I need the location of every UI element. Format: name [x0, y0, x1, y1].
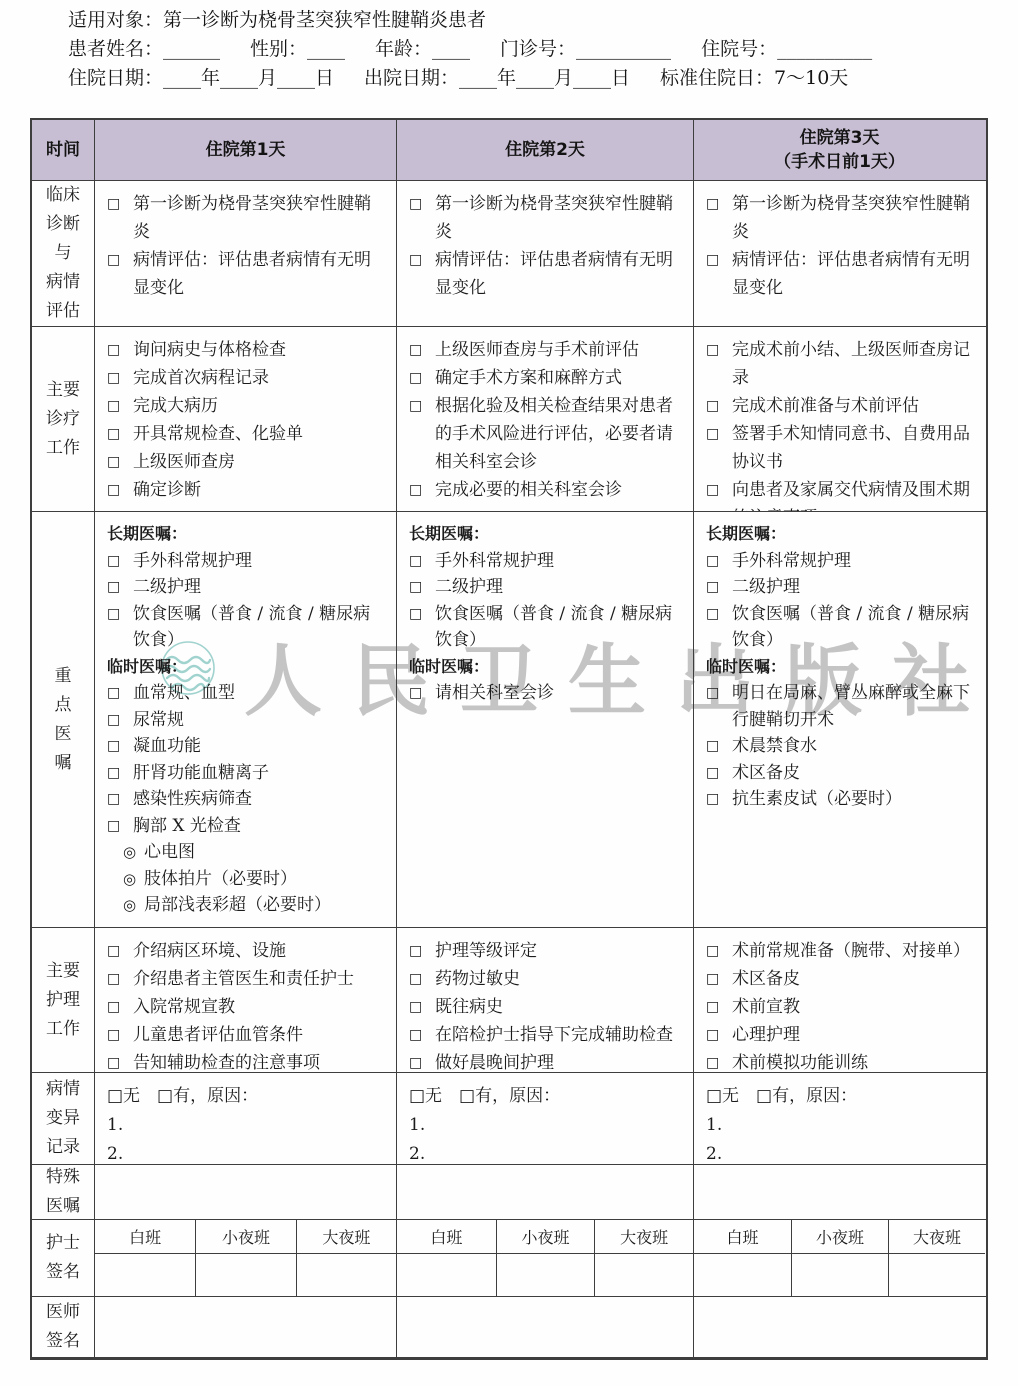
checkbox-icon: □ [107, 680, 133, 707]
shift-label-0: 白班 [397, 1220, 496, 1254]
document-header: 适用对象：第一诊断为桡骨茎突狭窄性腱鞘炎患者 患者姓名：______性别：___… [68, 6, 968, 93]
text-line: 1. [107, 1111, 386, 1140]
cell-variation-record-day2: □无 □有，原因：1.2. [396, 1073, 693, 1164]
shift-label-1: 小夜班 [496, 1220, 595, 1254]
checkbox-icon: □ [706, 993, 732, 1021]
cell-treatment-work-day3: □完成术前小结、上级医师查房记录□完成术前准备与术前评估□签署手术知情同意书、自… [693, 327, 985, 511]
checklist-item: □术区备皮 [706, 760, 975, 787]
checkbox-icon: □ [107, 1049, 133, 1072]
checklist-item: □请相关科室会诊 [409, 680, 683, 707]
checklist-item: □向患者及家属交代病情及围术期的注意事项 [706, 476, 975, 511]
checkbox-icon: □ [706, 246, 732, 302]
table-row-treatment-work: 主要诊疗工作□询问病史与体格检查□完成首次病程记录□完成大病历□开具常规检查、化… [32, 326, 986, 511]
checklist-item: □手外科常规护理 [706, 548, 975, 575]
nurse-signature-cell-0 [95, 1254, 195, 1296]
row-label-nursing-work: 主要护理工作 [32, 928, 94, 1072]
text-line: 1. [706, 1111, 975, 1140]
checklist-item: □饮食医嘱（普食 / 流食 / 糖尿病饮食） [706, 601, 975, 654]
cell-doctor-signature-day3 [693, 1297, 985, 1357]
nurse-signature-cell-1 [791, 1254, 888, 1296]
checkbox-icon: □ [706, 548, 732, 575]
checklist-item: □上级医师查房与手术前评估 [409, 336, 683, 364]
checkbox-icon: □ [107, 813, 133, 840]
checkbox-icon: □ [107, 364, 133, 392]
checklist-item: □签署手术知情同意书、自费用品协议书 [706, 420, 975, 476]
checkbox-icon: □ [706, 680, 732, 733]
text-line: 2. [409, 1140, 683, 1164]
patient-field-2: 年龄：____ [375, 35, 470, 64]
checkbox-icon: □ [706, 420, 732, 476]
checkbox-icon: □ [107, 246, 133, 302]
checkbox-icon: □ [107, 448, 133, 476]
checkbox-icon: □ [409, 336, 435, 364]
col-header-day3: 住院第3天（手术日前1天） [693, 120, 985, 180]
checkbox-icon: □ [706, 733, 732, 760]
nurse-signature-cell-1 [496, 1254, 595, 1296]
row-label-diagnosis-assessment: 临床诊断与病情评估 [32, 181, 94, 326]
cell-special-orders-day2 [396, 1165, 693, 1219]
checkbox-icon: □ [107, 574, 133, 601]
checklist-item: □告知辅助检查的注意事项 [107, 1049, 386, 1072]
shift-label-0: 白班 [95, 1220, 195, 1254]
checklist-item: □完成术前小结、上级医师查房记录 [706, 336, 975, 392]
checkbox-icon: □ [107, 760, 133, 787]
cell-treatment-work-day2: □上级医师查房与手术前评估□确定手术方案和麻醉方式□根据化验及相关检查结果对患者… [396, 327, 693, 511]
text-line: 1. [409, 1111, 683, 1140]
cell-diagnosis-assessment-day1: □第一诊断为桡骨茎突狭窄性腱鞘炎□病情评估：评估患者病情有无明显变化 [94, 181, 396, 326]
checklist-item: □开具常规检查、化验单 [107, 420, 386, 448]
patient-field-1: 性别：____ [250, 35, 345, 64]
cell-nurse-signature-day1: 白班小夜班大夜班 [94, 1220, 396, 1296]
checklist-item: □明日在局麻、臂丛麻醉或全麻下行腱鞘切开术 [706, 680, 975, 733]
date-info-line: 住院日期：____年____月____日出院日期：____年____月____日… [68, 64, 968, 93]
checkbox-icon: □ [409, 1049, 435, 1072]
checklist-item: □病情评估：评估患者病情有无明显变化 [706, 246, 975, 302]
checklist-item: □肝肾功能血糖离子 [107, 760, 386, 787]
checkbox-icon: □ [409, 601, 435, 654]
checklist-item: □饮食医嘱（普食 / 流食 / 糖尿病饮食） [107, 601, 386, 654]
checkbox-icon: □ [706, 392, 732, 420]
checkbox-icon: □ [107, 190, 133, 246]
table-row-doctor-signature: 医师签名 [32, 1296, 986, 1357]
cell-nurse-signature-day2: 白班小夜班大夜班 [396, 1220, 693, 1296]
cell-nursing-work-day3: □术前常规准备（腕带、对接单）□术区备皮□术前宣教□心理护理□术前模拟功能训练 [693, 928, 985, 1072]
checkbox-icon: □ [706, 760, 732, 787]
checkbox-icon: □ [409, 246, 435, 302]
row-label-variation-record: 病情变异记录 [32, 1073, 94, 1164]
shift-label-0: 白班 [694, 1220, 791, 1254]
checkbox-icon: □ [409, 574, 435, 601]
checkbox-icon: □ [409, 1021, 435, 1049]
table-row-nursing-work: 主要护理工作□介绍病区环境、设施□介绍患者主管医生和责任护士□入院常规宣教□儿童… [32, 927, 986, 1072]
checklist-item: □根据化验及相关检查结果对患者的手术风险进行评估，必要者请相关科室会诊 [409, 392, 683, 476]
checkbox-icon: □ [107, 601, 133, 654]
cell-special-orders-day1 [94, 1165, 396, 1219]
order-heading: 长期医嘱： [706, 521, 975, 548]
cell-variation-record-day1: □无 □有，原因：1.2. [94, 1073, 396, 1164]
cell-doctor-signature-day2 [396, 1297, 693, 1357]
table-row-nurse-signature: 护士签名白班小夜班大夜班白班小夜班大夜班白班小夜班大夜班 [32, 1219, 986, 1296]
cell-nursing-work-day1: □介绍病区环境、设施□介绍患者主管医生和责任护士□入院常规宣教□儿童患者评估血管… [94, 928, 396, 1072]
checkbox-icon: □ [409, 965, 435, 993]
text-line: □无 □有，原因： [409, 1082, 683, 1111]
checklist-item: □二级护理 [706, 574, 975, 601]
double-circle-icon: ◎ [123, 892, 144, 919]
nurse-signature-cell-2 [888, 1254, 985, 1296]
col-header-day2: 住院第2天 [396, 120, 693, 180]
clinical-pathway-table: 时间住院第1天住院第2天住院第3天（手术日前1天）临床诊断与病情评估□第一诊断为… [30, 118, 988, 1360]
checklist-item: □术晨禁食水 [706, 733, 975, 760]
checkbox-icon: □ [107, 392, 133, 420]
patient-field-4: 住院号：__________ [701, 35, 872, 64]
checklist-item: □完成首次病程记录 [107, 364, 386, 392]
row-label-doctor-signature: 医师签名 [32, 1297, 94, 1357]
checkbox-icon: □ [107, 937, 133, 965]
checklist-item: □第一诊断为桡骨茎突狭窄性腱鞘炎 [706, 190, 975, 246]
text-line: 2. [706, 1140, 975, 1164]
checkbox-icon: □ [107, 420, 133, 448]
cell-diagnosis-assessment-day2: □第一诊断为桡骨茎突狭窄性腱鞘炎□病情评估：评估患者病情有无明显变化 [396, 181, 693, 326]
checklist-item: □完成术前准备与术前评估 [706, 392, 975, 420]
checkbox-icon: □ [706, 574, 732, 601]
cell-key-orders-day1: 长期医嘱：□手外科常规护理□二级护理□饮食医嘱（普食 / 流食 / 糖尿病饮食）… [94, 512, 396, 927]
sub-item: ◎局部浅表彩超（必要时） [123, 892, 386, 919]
cell-nurse-signature-day3: 白班小夜班大夜班 [693, 1220, 985, 1296]
checklist-item: □入院常规宣教 [107, 993, 386, 1021]
checklist-item: □二级护理 [409, 574, 683, 601]
checkbox-icon: □ [706, 786, 732, 813]
checkbox-icon: □ [107, 707, 133, 734]
checkbox-icon: □ [409, 937, 435, 965]
checklist-item: □术前宣教 [706, 993, 975, 1021]
double-circle-icon: ◎ [123, 866, 144, 893]
cell-key-orders-day2: 长期医嘱：□手外科常规护理□二级护理□饮食医嘱（普食 / 流食 / 糖尿病饮食）… [396, 512, 693, 927]
checkbox-icon: □ [706, 190, 732, 246]
checklist-item: □确定手术方案和麻醉方式 [409, 364, 683, 392]
double-circle-icon: ◎ [123, 839, 144, 866]
checkbox-icon: □ [706, 965, 732, 993]
checklist-item: □病情评估：评估患者病情有无明显变化 [409, 246, 683, 302]
checkbox-icon: □ [107, 993, 133, 1021]
checkbox-icon: □ [706, 601, 732, 654]
nurse-signature-cell-2 [296, 1254, 396, 1296]
checklist-item: □尿常规 [107, 707, 386, 734]
checkbox-icon: □ [409, 476, 435, 504]
cell-variation-record-day3: □无 □有，原因：1.2. [693, 1073, 985, 1164]
checkbox-icon: □ [409, 392, 435, 476]
checklist-item: □确定诊断 [107, 476, 386, 504]
checklist-item: □儿童患者评估血管条件 [107, 1021, 386, 1049]
checkbox-icon: □ [107, 786, 133, 813]
text-line: 2. [107, 1140, 386, 1164]
checklist-item: □二级护理 [107, 574, 386, 601]
shift-label-2: 大夜班 [594, 1220, 693, 1254]
checklist-item: □完成必要的相关科室会诊 [409, 476, 683, 504]
checkbox-icon: □ [706, 1049, 732, 1072]
checkbox-icon: □ [706, 336, 732, 392]
order-heading: 长期医嘱： [409, 521, 683, 548]
checkbox-icon: □ [409, 993, 435, 1021]
checklist-item: □在陪检护士指导下完成辅助检查 [409, 1021, 683, 1049]
row-label-key-orders: 重点医嘱 [32, 512, 94, 927]
checkbox-icon: □ [409, 190, 435, 246]
order-heading: 临时医嘱： [107, 654, 386, 681]
checklist-item: □抗生素皮试（必要时） [706, 786, 975, 813]
checklist-item: □感染性疾病筛查 [107, 786, 386, 813]
order-heading: 临时医嘱： [706, 654, 975, 681]
checklist-item: □询问病史与体格检查 [107, 336, 386, 364]
checkbox-icon: □ [107, 965, 133, 993]
cell-treatment-work-day1: □询问病史与体格检查□完成首次病程记录□完成大病历□开具常规检查、化验单□上级医… [94, 327, 396, 511]
patient-field-3: 门诊号：__________ [500, 35, 671, 64]
patient-info-line: 患者姓名：______性别：____年龄：____门诊号：__________住… [68, 35, 968, 64]
checklist-item: □病情评估：评估患者病情有无明显变化 [107, 246, 386, 302]
checklist-item: □介绍患者主管医生和责任护士 [107, 965, 386, 993]
cell-special-orders-day3 [693, 1165, 985, 1219]
shift-label-1: 小夜班 [195, 1220, 295, 1254]
checklist-item: □护理等级评定 [409, 937, 683, 965]
checklist-item: □凝血功能 [107, 733, 386, 760]
checkbox-icon: □ [107, 476, 133, 504]
shift-label-1: 小夜班 [791, 1220, 888, 1254]
col-header-day1: 住院第1天 [94, 120, 396, 180]
checklist-item: □介绍病区环境、设施 [107, 937, 386, 965]
checkbox-icon: □ [107, 336, 133, 364]
checklist-item: □手外科常规护理 [409, 548, 683, 575]
cell-diagnosis-assessment-day3: □第一诊断为桡骨茎突狭窄性腱鞘炎□病情评估：评估患者病情有无明显变化 [693, 181, 985, 326]
order-heading: 长期医嘱： [107, 521, 386, 548]
cell-nursing-work-day2: □护理等级评定□药物过敏史□既往病史□在陪检护士指导下完成辅助检查□做好晨晚间护… [396, 928, 693, 1072]
checklist-item: □胸部 X 光检查 [107, 813, 386, 840]
shift-grid-day3: 白班小夜班大夜班 [694, 1220, 985, 1296]
checklist-item: □术前模拟功能训练 [706, 1049, 975, 1072]
date-field-2: 标准住院日：7～10天 [660, 64, 848, 93]
checklist-item: □心理护理 [706, 1021, 975, 1049]
checkbox-icon: □ [706, 476, 732, 511]
checkbox-icon: □ [706, 937, 732, 965]
applicable-target-line: 适用对象：第一诊断为桡骨茎突狭窄性腱鞘炎患者 [68, 6, 968, 35]
checkbox-icon: □ [409, 548, 435, 575]
col-header-time: 时间 [32, 120, 94, 180]
shift-label-2: 大夜班 [888, 1220, 985, 1254]
table-row-variation-record: 病情变异记录□无 □有，原因：1.2.□无 □有，原因：1.2.□无 □有，原因… [32, 1072, 986, 1164]
nurse-signature-cell-1 [195, 1254, 295, 1296]
checklist-item: □完成大病历 [107, 392, 386, 420]
checklist-item: □第一诊断为桡骨茎突狭窄性腱鞘炎 [107, 190, 386, 246]
patient-field-0: 患者姓名：______ [68, 35, 220, 64]
checkbox-icon: □ [107, 1021, 133, 1049]
checkbox-icon: □ [706, 1021, 732, 1049]
date-field-1: 出院日期：____年____月____日 [364, 64, 630, 93]
checklist-item: □术前常规准备（腕带、对接单） [706, 937, 975, 965]
table-header-row: 时间住院第1天住院第2天住院第3天（手术日前1天） [32, 120, 986, 180]
checkbox-icon: □ [409, 364, 435, 392]
checklist-item: □术区备皮 [706, 965, 975, 993]
nurse-signature-cell-0 [397, 1254, 496, 1296]
checklist-item: □做好晨晚间护理 [409, 1049, 683, 1072]
checklist-item: □血常规、血型 [107, 680, 386, 707]
checklist-item: □手外科常规护理 [107, 548, 386, 575]
checklist-item: □第一诊断为桡骨茎突狭窄性腱鞘炎 [409, 190, 683, 246]
checklist-item: □饮食医嘱（普食 / 流食 / 糖尿病饮食） [409, 601, 683, 654]
row-label-treatment-work: 主要诊疗工作 [32, 327, 94, 511]
sub-item: ◎心电图 [123, 839, 386, 866]
checklist-item: □上级医师查房 [107, 448, 386, 476]
sub-item: ◎肢体拍片（必要时） [123, 866, 386, 893]
table-row-special-orders: 特殊医嘱 [32, 1164, 986, 1219]
text-line: □无 □有，原因： [706, 1082, 975, 1111]
table-row-diagnosis-assessment: 临床诊断与病情评估□第一诊断为桡骨茎突狭窄性腱鞘炎□病情评估：评估患者病情有无明… [32, 180, 986, 326]
checklist-item: □既往病史 [409, 993, 683, 1021]
date-field-0: 住院日期：____年____月____日 [68, 64, 334, 93]
table-row-key-orders: 重点医嘱长期医嘱：□手外科常规护理□二级护理□饮食医嘱（普食 / 流食 / 糖尿… [32, 511, 986, 927]
text-line: □无 □有，原因： [107, 1082, 386, 1111]
page: 人民卫生出版社 适用对象：第一诊断为桡骨茎突狭窄性腱鞘炎患者 患者姓名：____… [0, 0, 1018, 1386]
row-label-special-orders: 特殊医嘱 [32, 1165, 94, 1219]
shift-grid-day1: 白班小夜班大夜班 [95, 1220, 396, 1296]
nurse-signature-cell-0 [694, 1254, 791, 1296]
cell-key-orders-day3: 长期医嘱：□手外科常规护理□二级护理□饮食医嘱（普食 / 流食 / 糖尿病饮食）… [693, 512, 985, 927]
checkbox-icon: □ [107, 548, 133, 575]
checkbox-icon: □ [107, 733, 133, 760]
checkbox-icon: □ [409, 680, 435, 707]
checklist-item: □药物过敏史 [409, 965, 683, 993]
nurse-signature-cell-2 [594, 1254, 693, 1296]
order-heading: 临时医嘱： [409, 654, 683, 681]
shift-grid-day2: 白班小夜班大夜班 [397, 1220, 693, 1296]
cell-doctor-signature-day1 [94, 1297, 396, 1357]
shift-label-2: 大夜班 [296, 1220, 396, 1254]
row-label-nurse-signature: 护士签名 [32, 1220, 94, 1296]
